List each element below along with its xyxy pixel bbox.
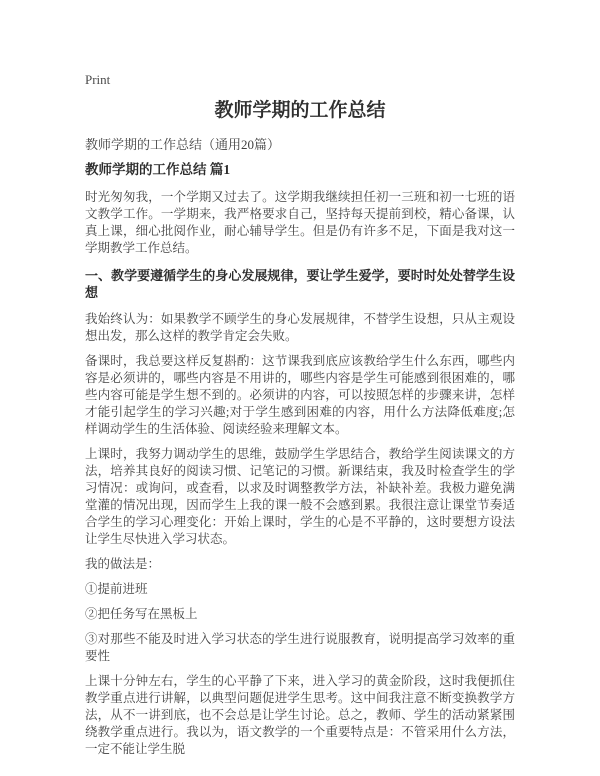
document-subtitle: 教师学期的工作总结（通用20篇） (85, 137, 515, 153)
paragraph-in-class: 上课时，我努力调动学生的思维，鼓励学生学思结合，教给学生阅读课文的方法，培养其良… (85, 446, 515, 548)
paragraph-belief: 我始终认为：如果教学不顾学生的身心发展规律，不替学生设想，只从主观设想出发，那么… (85, 311, 515, 345)
paragraph-methods-intro: 我的做法是： (85, 556, 515, 573)
paragraph-golden-stage: 上课十分钟左右，学生的心平静了下来，进入学习的黄金阶段，这时我便抓住教学重点进行… (85, 673, 515, 758)
document-body: 时光匆匆我，一个学期又过去了。这学期我继续担任初一三班和初一七班的语文教学工作。… (85, 189, 515, 758)
paragraph-lesson-prep: 备课时，我总要这样反复斟酌：这节课我到底应该教给学生什么东西，哪些内容是必须讲的… (85, 353, 515, 438)
print-link[interactable]: Print (85, 72, 110, 87)
print-row: Print (85, 71, 515, 86)
list-item-3: ③对那些不能及时进入学习状态的学生进行说服教育，说明提高学习效率的重要性 (85, 631, 515, 665)
paragraph-intro: 时光匆匆我，一个学期又过去了。这学期我继续担任初一三班和初一七班的语文教学工作。… (85, 189, 515, 257)
document-page: Print 教师学期的工作总结 教师学期的工作总结（通用20篇） 教师学期的工作… (0, 0, 600, 776)
document-title: 教师学期的工作总结 (85, 99, 515, 123)
list-item-2: ②把任务写在黑板上 (85, 606, 515, 623)
subsection-heading: 一、教学要遵循学生的身心发展规律，要让学生爱学，要时时处处替学生设想 (85, 267, 515, 301)
section-heading: 教师学期的工作总结 篇1 (85, 161, 515, 178)
list-item-1: ①提前进班 (85, 581, 515, 598)
